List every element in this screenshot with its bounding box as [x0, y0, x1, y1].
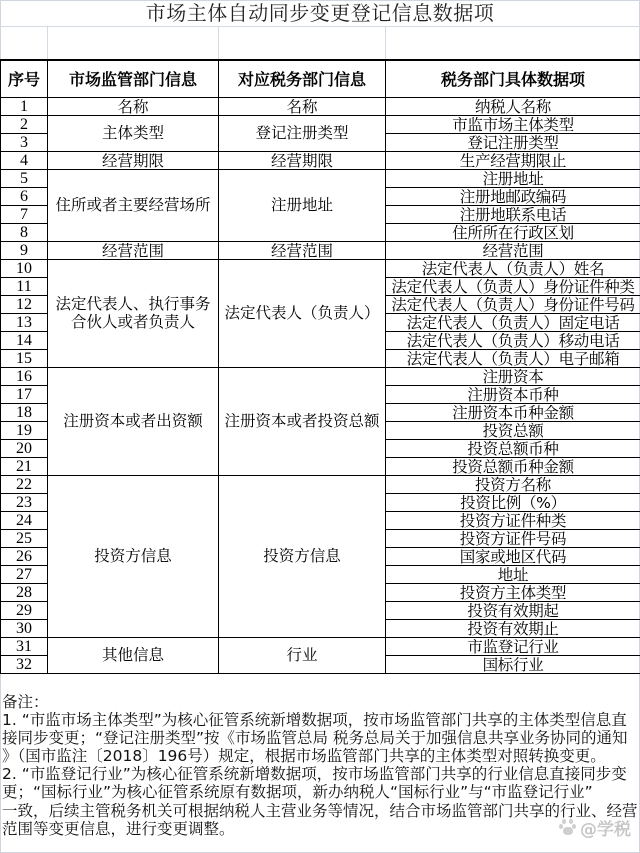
row-number-cell: 8 [1, 223, 48, 241]
header-serial-number: 序号 [1, 60, 48, 97]
table-row: 10 法定代表人、执行事务合伙人或者负责人 法定代表人（负责人） 法定代表人（负… [1, 259, 640, 277]
row-number-cell: 5 [1, 169, 48, 187]
tax-field-cell: 投资方主体类型 [386, 583, 640, 601]
row-number-cell: 16 [1, 367, 48, 385]
tax-field-cell: 市监市场主体类型 [386, 115, 640, 133]
header-tax-info: 对应税务部门信息 [219, 60, 386, 97]
tax-field-cell: 法定代表人（负责人）姓名 [386, 259, 640, 277]
tax-field-cell: 投资有效期起 [386, 601, 640, 619]
tax-info-cell: 注册资本或者投资总额 [219, 367, 386, 475]
row-number-cell: 9 [1, 241, 48, 259]
row-number-cell: 25 [1, 529, 48, 547]
table-row: 16 注册资本或者出资额 注册资本或者投资总额 注册资本 [1, 367, 640, 385]
tax-field-cell: 投资总额 [386, 421, 640, 439]
tax-field-cell: 投资有效期止 [386, 619, 640, 637]
gridline [218, 27, 219, 59]
tax-info-cell: 登记注册类型 [219, 115, 386, 151]
row-number-cell: 4 [1, 151, 48, 169]
row-number-cell: 22 [1, 475, 48, 493]
tax-info-cell: 投资方信息 [219, 475, 386, 637]
tax-field-cell: 注册地邮政编码 [386, 187, 640, 205]
row-number-cell: 6 [1, 187, 48, 205]
table-row: 5 住所或者主要经营场所 注册地址 注册地址 [1, 169, 640, 187]
row-number-cell: 24 [1, 511, 48, 529]
market-info-cell: 注册资本或者出资额 [48, 367, 219, 475]
market-info-cell: 经营范围 [48, 241, 219, 259]
tax-field-cell: 国家或地区代码 [386, 547, 640, 565]
tax-field-cell: 法定代表人（负责人）身份证件种类 [386, 277, 640, 295]
tax-field-cell: 地址 [386, 565, 640, 583]
tax-field-cell: 注册资本币种 [386, 385, 640, 403]
row-number-cell: 19 [1, 421, 48, 439]
market-info-cell: 其他信息 [48, 637, 219, 673]
tax-field-cell: 登记注册类型 [386, 133, 640, 151]
tax-field-cell: 住所所在行政区划 [386, 223, 640, 241]
row-number-cell: 32 [1, 655, 48, 673]
tax-field-cell: 注册资本币种金额 [386, 403, 640, 421]
row-number-cell: 10 [1, 259, 48, 277]
tax-field-cell: 市监登记行业 [386, 637, 640, 655]
tax-field-cell: 投资方证件号码 [386, 529, 640, 547]
row-number-cell: 17 [1, 385, 48, 403]
tax-field-cell: 经营范围 [386, 241, 640, 259]
tax-field-cell: 生产经营期限止 [386, 151, 640, 169]
row-number-cell: 27 [1, 565, 48, 583]
market-info-cell: 法定代表人、执行事务合伙人或者负责人 [48, 259, 219, 367]
gridline [385, 27, 386, 59]
row-number-cell: 21 [1, 457, 48, 475]
tax-field-cell: 法定代表人（负责人）电子邮箱 [386, 349, 640, 367]
tax-field-cell: 注册地联系电话 [386, 205, 640, 223]
row-number-cell: 31 [1, 637, 48, 655]
watermark: @学税 [559, 816, 631, 838]
row-number-cell: 1 [1, 97, 48, 115]
row-number-cell: 11 [1, 277, 48, 295]
row-number-cell: 3 [1, 133, 48, 151]
row-number-cell: 28 [1, 583, 48, 601]
page-title: 市场主体自动同步变更登记信息数据项 [0, 0, 640, 26]
header-tax-fields: 税务部门具体数据项 [386, 60, 640, 97]
table-row: 2 主体类型 登记注册类型 市监市场主体类型 [1, 115, 640, 133]
baidu-paw-icon [559, 818, 577, 836]
row-number-cell: 13 [1, 313, 48, 331]
tax-info-cell: 注册地址 [219, 169, 386, 241]
watermark-text: @学税 [580, 815, 631, 840]
table-row: 4 经营期限 经营期限 生产经营期限止 [1, 151, 640, 169]
tax-info-cell: 行业 [219, 637, 386, 673]
notes-label: 备注： [2, 693, 640, 711]
tax-field-cell: 投资方名称 [386, 475, 640, 493]
notes-line: 一致，后续主管税务机关可根据纳税人主营业务等情况，结合市场监管部门共享的行业、经… [2, 802, 640, 820]
notes-line: 1. “市监市场主体类型”为核心征管系统新增数据项，按市场监管部门共享的主体类型… [2, 711, 640, 729]
tax-info-cell: 经营期限 [219, 151, 386, 169]
tax-info-cell: 法定代表人（负责人） [219, 259, 386, 367]
row-number-cell: 30 [1, 619, 48, 637]
row-number-cell: 2 [1, 115, 48, 133]
row-number-cell: 20 [1, 439, 48, 457]
row-number-cell: 23 [1, 493, 48, 511]
table-row: 31 其他信息 行业 市监登记行业 [1, 637, 640, 655]
notes-line: 更；“国标行业”为核心征管系统原有数据项，新办纳税人“国标行业”与“市监登记行业… [2, 783, 640, 801]
notes-line: 2. “市监登记行业”为核心征管系统新增数据项，按市场监管部门共享的行业信息直接… [2, 765, 640, 783]
tax-field-cell: 投资比例（%） [386, 493, 640, 511]
market-info-cell: 主体类型 [48, 115, 219, 151]
market-info-cell: 住所或者主要经营场所 [48, 169, 219, 241]
gridline [0, 26, 640, 27]
tax-field-cell: 法定代表人（负责人）移动电话 [386, 331, 640, 349]
row-number-cell: 12 [1, 295, 48, 313]
row-number-cell: 26 [1, 547, 48, 565]
notes-line: 接同步变更；“登记注册类型”按《市场监管总局 税务总局关于加强信息共享业务协同的… [2, 729, 640, 747]
tax-field-cell: 国标行业 [386, 655, 640, 673]
row-number-cell: 15 [1, 349, 48, 367]
notes-line: 范围等变更信息，进行变更调整。 [2, 820, 640, 838]
table-header-row: 序号 市场监管部门信息 对应税务部门信息 税务部门具体数据项 [1, 60, 640, 97]
notes-section: 备注： 1. “市监市场主体类型”为核心征管系统新增数据项，按市场监管部门共享的… [2, 693, 640, 838]
row-number-cell: 18 [1, 403, 48, 421]
tax-field-cell: 投资总额币种 [386, 439, 640, 457]
row-number-cell: 7 [1, 205, 48, 223]
market-info-cell: 投资方信息 [48, 475, 219, 637]
table-row: 22 投资方信息 投资方信息 投资方名称 [1, 475, 640, 493]
tax-info-cell: 名称 [219, 97, 386, 115]
tax-field-cell: 纳税人名称 [386, 97, 640, 115]
tax-field-cell: 注册地址 [386, 169, 640, 187]
tax-field-cell: 法定代表人（负责人）固定电话 [386, 313, 640, 331]
tax-field-cell: 投资总额币种金额 [386, 457, 640, 475]
market-info-cell: 经营期限 [48, 151, 219, 169]
table-row: 9 经营范围 经营范围 经营范围 [1, 241, 640, 259]
tax-field-cell: 注册资本 [386, 367, 640, 385]
header-market-info: 市场监管部门信息 [48, 60, 219, 97]
data-items-table: 序号 市场监管部门信息 对应税务部门信息 税务部门具体数据项 1 名称 名称 纳… [0, 59, 640, 674]
tax-field-cell: 投资方证件种类 [386, 511, 640, 529]
table-row: 1 名称 名称 纳税人名称 [1, 97, 640, 115]
market-info-cell: 名称 [48, 97, 219, 115]
gridline [47, 27, 48, 59]
row-number-cell: 14 [1, 331, 48, 349]
tax-info-cell: 经营范围 [219, 241, 386, 259]
tax-field-cell: 法定代表人（负责人）身份证件号码 [386, 295, 640, 313]
notes-line: 》（国市监注〔2018〕196号）规定，根据市场监管部门共享的主体类型对照转换变… [2, 747, 640, 765]
row-number-cell: 29 [1, 601, 48, 619]
